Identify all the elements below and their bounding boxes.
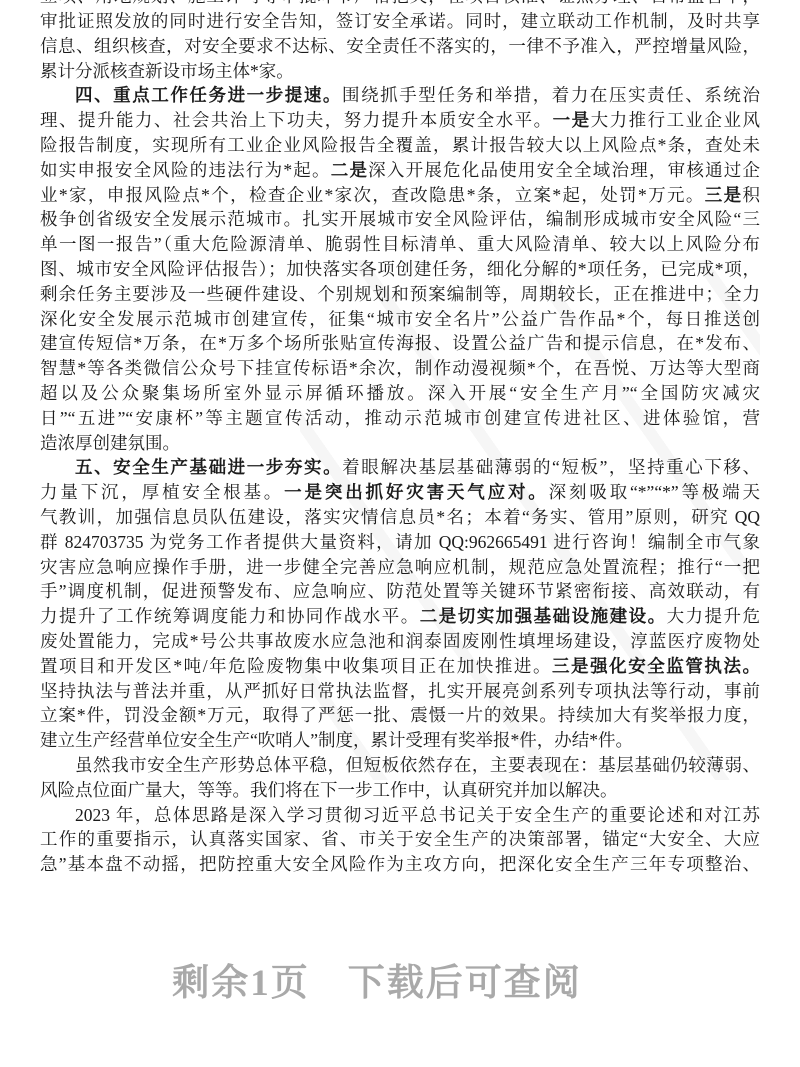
text-line: 力量下沉，厚植安全根基。一是突出抓好灾害天气应对。深刻吸取“*”“*”等极端天 [40, 480, 760, 505]
text-segment: 业*家，申报风险点*个，检查企业*家次，查改隐患*条，立案*起，处罚*万元。 [40, 185, 705, 205]
text-line: 险报告制度，实现所有工业企业风险报告全覆盖，累计报告较大以上风险点*条，查处未 [40, 133, 760, 158]
text-segment: 险报告制度，实现所有工业企业风险报告全覆盖，累计报告较大以上风险点*条，查处未 [40, 135, 760, 155]
text-segment: 深刻吸取“*”“*”等极端天 [549, 482, 760, 502]
text-segment: 着眼解决基层基础薄弱的“短板”，坚持重心下移、 [342, 457, 760, 477]
text-line: 立项、用地规划、施工许可等审批环节严格把关，在项目核准、证照办理、日常监管中， [40, 0, 760, 9]
bold-text-segment: 三是强化安全监管执法。 [552, 656, 760, 676]
text-line: 四、重点工作任务进一步提速。围绕抓手型任务和举措，着力在压实责任、系统治 [40, 83, 760, 108]
text-segment: 建宣传短信*万条，在*万多个场所张贴宣传海报、设置公益广告和提示信息，在*发布、 [40, 333, 760, 353]
bold-text-segment: 一是 [553, 110, 591, 130]
text-line: 造浓厚创建氛围。 [40, 431, 760, 456]
page-remaining-hint: 剩余1页下载后可查阅 [0, 952, 777, 1006]
text-segment: 深化安全发展示范城市创建宣传，征集“城市安全名片”公益广告作品*个，每日推送创 [40, 309, 760, 329]
text-line: 极争创省级安全发展示范城市。扎实开展城市安全风险评估，编制形成城市安全风险“三 [40, 207, 760, 232]
text-segment: 置项目和开发区*吨/年危险废物集中收集项目正在加快推进。 [40, 656, 552, 676]
text-line: 废处置能力，完成*号公共事故废水应急池和润泰固废刚性填埋场建设，淳蓝医疗废物处 [40, 629, 760, 654]
text-segment: 灾害应急响应操作手册，进一步健全完善应急响应机制，规范应急处置流程；推行“一把 [40, 557, 760, 577]
text-line: 手”调度机制，促进预警发布、应急响应、防范处置等关键环节紧密衔接、高效联动，有 [40, 579, 760, 604]
text-line: 如实申报安全风险的违法行为*起。二是深入开展危化品使用安全全域治理，审核通过企 [40, 158, 760, 183]
text-line: 智慧*等各类微信公众号下挂宣传标语*余次，制作动漫视频*个，在吾悦、万达等大型商 [40, 356, 760, 381]
text-segment: 大力推行工业企业风 [591, 110, 760, 130]
text-segment: 信息、组织核查，对安全要求不达标、安全责任不落实的，一律不予准入，严控增量风险， [40, 36, 760, 56]
text-line: 灾害应急响应操作手册，进一步健全完善应急响应机制，规范应急处置流程；推行“一把 [40, 555, 760, 580]
text-line: 理、提升能力、社会共治上下功夫，努力提升本质安全水平。一是大力推行工业企业风 [40, 108, 760, 133]
bold-text-segment: 一是突出抓好灾害天气应对。 [284, 482, 549, 502]
text-segment: 力量下沉，厚植安全根基。 [40, 482, 284, 502]
text-line: 超以及公众聚集场所室外显示屏循环播放。深入开展“安全生产月”“全国防灾减灾 [40, 381, 760, 406]
body-text: 审批证照发放的同时进行安全告知，签订安全承诺。同时，建立联动工作机制，及时共享信… [40, 9, 760, 877]
text-line: 审批证照发放的同时进行安全告知，签订安全承诺。同时，建立联动工作机制，及时共享 [40, 9, 760, 34]
text-segment: 造浓厚创建氛围。 [40, 433, 180, 453]
text-segment: 气教训，加强信息员队伍建设，落实灾情信息员*名；本着“务实、管用”原则，研究 Q… [40, 507, 760, 527]
text-line: 建宣传短信*万条，在*万多个场所张贴宣传海报、设置公益广告和提示信息，在*发布、 [40, 331, 760, 356]
text-line: 业*家，申报风险点*个，检查企业*家次，查改隐患*条，立案*起，处罚*万元。三是… [40, 183, 760, 208]
text-line: 单一图一报告”（重大危险源清单、脆弱性目标清单、重大风险清单、较大以上风险分布 [40, 232, 760, 257]
text-line: 工作的重要指示，认真落实国家、省、市关于安全生产的决策部署，锚定“大安全、大应 [40, 827, 760, 852]
text-segment: 手”调度机制，促进预警发布、应急响应、防范处置等关键环节紧密衔接、高效联动，有 [40, 581, 760, 601]
text-line: 剩余任务主要涉及一些硬件建设、个别规划和预案编制等，周期较长，正在推进中；全力 [40, 282, 760, 307]
text-line: 信息、组织核查，对安全要求不达标、安全责任不落实的，一律不予准入，严控增量风险， [40, 34, 760, 59]
text-line: 2023 年，总体思路是深入学习贯彻习近平总书记关于安全生产的重要论述和对江苏 [40, 803, 760, 828]
bold-text-segment: 五、安全生产基础进一步夯实。 [75, 457, 342, 477]
text-segment: 极争创省级安全发展示范城市。扎实开展城市安全风险评估，编制形成城市安全风险“三 [40, 209, 760, 229]
text-line: 日”“五进”“安康杯”等主题宣传活动，推动示范城市创建宣传进社区、进体验馆，营 [40, 406, 760, 431]
text-line: 坚持执法与普法并重，从严抓好日常执法监督，扎实开展亮剑系列专项执法等行动，事前 [40, 679, 760, 704]
bold-text-segment: 二是切实加强基础设施建设。 [420, 606, 667, 626]
clipped-top-line: 立项、用地规划、施工许可等审批环节严格把关，在项目核准、证照办理、日常监管中， [40, 0, 760, 9]
text-segment: 剩余任务主要涉及一些硬件建设、个别规划和预案编制等，周期较长，正在推进中；全力 [40, 284, 760, 304]
text-line: 立案*件，罚没金额*万元，取得了严惩一批、震慑一片的效果。持续加大有奖举报力度， [40, 703, 760, 728]
text-line: 力提升了工作统筹调度能力和协同作战水平。二是切实加强基础设施建设。大力提升危 [40, 604, 760, 629]
text-segment: 如实申报安全风险的违法行为*起。 [40, 160, 331, 180]
bold-text-segment: 四、重点工作任务进一步提速。 [75, 85, 342, 105]
text-line: 置项目和开发区*吨/年危险废物集中收集项目正在加快推进。三是强化安全监管执法。 [40, 654, 760, 679]
text-line: 虽然我市安全生产形势总体平稳，但短板依然存在，主要表现在：基层基础仍较薄弱、 [40, 753, 760, 778]
text-segment: 废处置能力，完成*号公共事故废水应急池和润泰固废刚性填埋场建设，淳蓝医疗废物处 [40, 631, 760, 651]
text-segment: 大力提升危 [667, 606, 760, 626]
text-segment: 审批证照发放的同时进行安全告知，签订安全承诺。同时，建立联动工作机制，及时共享 [40, 11, 760, 31]
text-line: 群 824703735 为党务工作者提供大量资料，请加 QQ:962665491… [40, 530, 760, 555]
text-segment: 建立生产经营单位安全生产“吹哨人”制度，累计受理有奖举报*件，办结*件。 [40, 730, 633, 750]
text-segment: 立案*件，罚没金额*万元，取得了严惩一批、震慑一片的效果。持续加大有奖举报力度， [40, 705, 760, 725]
text-segment: 2023 年，总体思路是深入学习贯彻习近平总书记关于安全生产的重要论述和对江苏 [75, 805, 760, 825]
text-segment: 智慧*等各类微信公众号下挂宣传标语*余次，制作动漫视频*个，在吾悦、万达等大型商 [40, 358, 760, 378]
text-segment: 理、提升能力、社会共治上下功夫，努力提升本质安全水平。 [40, 110, 553, 130]
text-segment: 虽然我市安全生产形势总体平稳，但短板依然存在，主要表现在：基层基础仍较薄弱、 [75, 755, 760, 775]
text-line: 累计分派核查新设市场主体*家。 [40, 59, 760, 84]
remaining-pages-text: 剩余1页 [172, 963, 310, 1004]
bold-text-segment: 二是 [331, 160, 368, 180]
text-segment: 群 824703735 为党务工作者提供大量资料，请加 QQ:962665491… [40, 532, 760, 552]
text-line: 五、安全生产基础进一步夯实。着眼解决基层基础薄弱的“短板”，坚持重心下移、 [40, 455, 760, 480]
text-line: 风险点位面广量大，等等。我们将在下一步工作中，认真研究并加以解决。 [40, 778, 760, 803]
text-segment: 深入开展危化品使用安全全域治理，审核通过企 [368, 160, 760, 180]
text-segment: 超以及公众聚集场所室外显示屏循环播放。深入开展“安全生产月”“全国防灾减灾 [40, 383, 760, 403]
text-segment: 坚持执法与普法并重，从严抓好日常执法监督，扎实开展亮剑系列专项执法等行动，事前 [40, 681, 760, 701]
text-segment: 工作的重要指示，认真落实国家、省、市关于安全生产的决策部署，锚定“大安全、大应 [40, 829, 760, 849]
text-segment: 图、城市安全风险评估报告）；加快落实各项创建任务，细化分解的*项任务，已完成*项… [40, 259, 760, 279]
text-line: 气教训，加强信息员队伍建设，落实灾情信息员*名；本着“务实、管用”原则，研究 Q… [40, 505, 760, 530]
text-line: 深化安全发展示范城市创建宣传，征集“城市安全名片”公益广告作品*个，每日推送创 [40, 307, 760, 332]
bold-text-segment: 三是 [705, 185, 743, 205]
text-line: 急”基本盘不动摇，把防控重大安全风险作为主攻方向，把深化安全生产三年专项整治、 [40, 852, 760, 877]
text-line: 建立生产经营单位安全生产“吹哨人”制度，累计受理有奖举报*件，办结*件。 [40, 728, 760, 753]
text-segment: 力提升了工作统筹调度能力和协同作战水平。 [40, 606, 420, 626]
text-segment: 急”基本盘不动摇，把防控重大安全风险作为主攻方向，把深化安全生产三年专项整治、 [40, 854, 760, 874]
document-page: 立项、用地规划、施工许可等审批环节严格把关，在项目核准、证照办理、日常监管中， … [40, 0, 760, 877]
text-segment: 积 [743, 185, 761, 205]
text-segment: 围绕抓手型任务和举措，着力在压实责任、系统治 [342, 85, 760, 105]
text-segment: 风险点位面广量大，等等。我们将在下一步工作中，认真研究并加以解决。 [40, 780, 618, 800]
text-segment: 单一图一报告”（重大危险源清单、脆弱性目标清单、重大风险清单、较大以上风险分布 [40, 234, 760, 254]
download-to-view-text: 下载后可查阅 [348, 963, 582, 1004]
text-line: 图、城市安全风险评估报告）；加快落实各项创建任务，细化分解的*项任务，已完成*项… [40, 257, 760, 282]
text-segment: 日”“五进”“安康杯”等主题宣传活动，推动示范城市创建宣传进社区、进体验馆，营 [40, 408, 760, 428]
text-segment: 累计分派核查新设市场主体*家。 [40, 61, 294, 81]
